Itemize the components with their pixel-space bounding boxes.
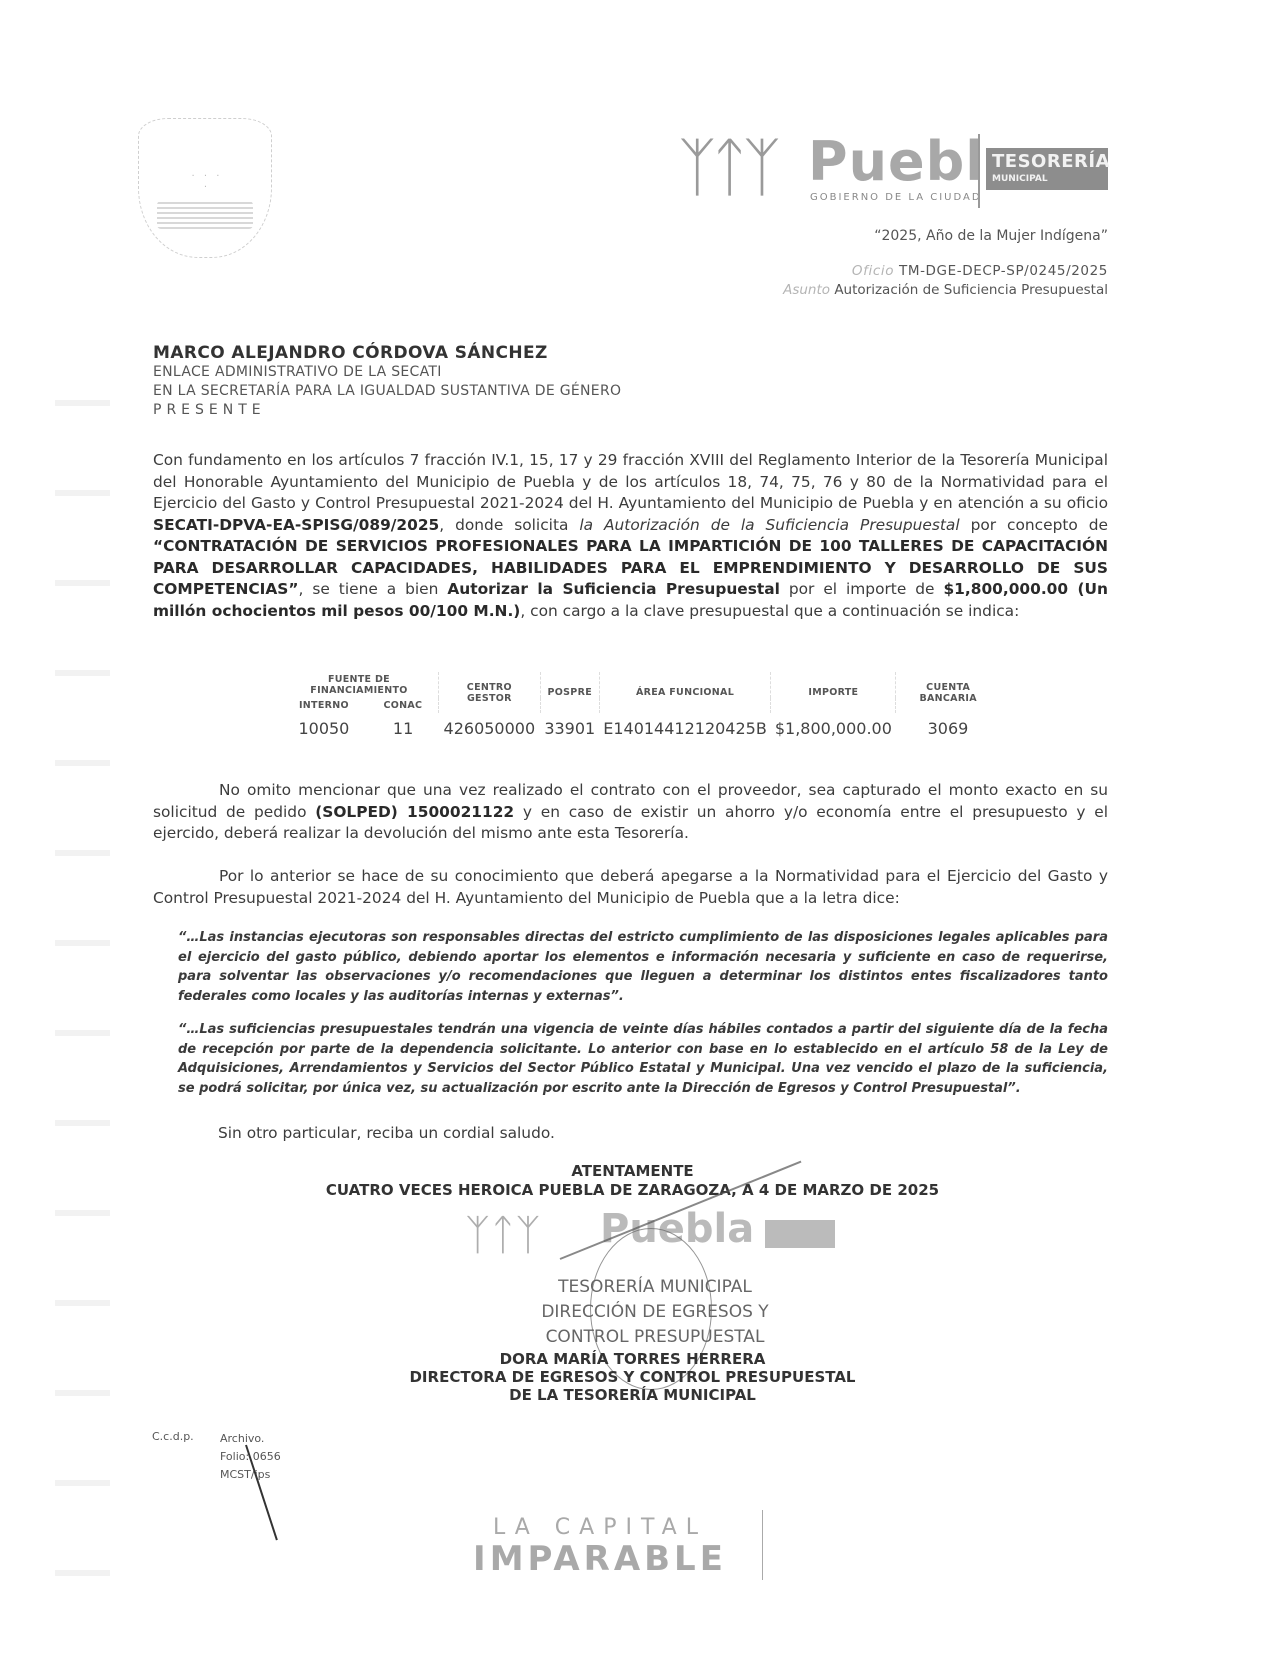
table-row: 10050 11 426050000 33901 E14014412120425… [280, 713, 1000, 744]
footer-line-1: LA CAPITAL [465, 1515, 735, 1540]
asunto-text: Autorización de Suficiencia Presupuestal [834, 282, 1108, 298]
quote-instancias-ejecutoras: “…Las instancias ejecutoras son responsa… [178, 928, 1108, 1006]
footer-slogan-logo: LA CAPITAL IMPARABLE [465, 1515, 735, 1578]
puebla-tesoreria-logo: ᛉᛏᛉ Puebla GOBIERNO DE LA CIUDAD TESORER… [678, 126, 1108, 210]
cell-centro-gestor: 426050000 [438, 713, 540, 744]
p1-text-e: por el importe de [780, 580, 944, 598]
atentamente: ATENTAMENTE [0, 1162, 1265, 1181]
footer-line-2: IMPARABLE [465, 1540, 735, 1578]
cell-interno: 10050 [280, 713, 368, 744]
p1-text-c: por concepto de [960, 516, 1108, 534]
p1-text-f: , con cargo a la clave presupuestal que … [520, 602, 1019, 620]
signer-name: DORA MARÍA TORRES HERRERA [0, 1350, 1265, 1368]
seal-water-icon [157, 201, 253, 229]
signer-block: DORA MARÍA TORRES HERRERA DIRECTORA DE E… [0, 1350, 1265, 1404]
year-motto: “2025, Año de la Mujer Indígena” [874, 228, 1108, 244]
tesoreria-badge-subtitle: MUNICIPAL [992, 174, 1048, 184]
paragraph-solped: No omito mencionar que una vez realizado… [153, 780, 1108, 845]
solped-number: (SOLPED) 1500021122 [315, 803, 514, 821]
place-date: CUATRO VECES HEROICA PUEBLA DE ZARAGOZA,… [0, 1181, 1265, 1200]
p1-text-d: , se tiene a bien [299, 580, 448, 598]
copies-label: C.c.d.p. [152, 1430, 194, 1443]
asunto-line: Asunto Autorización de Suficiencia Presu… [783, 282, 1108, 298]
stamp-line-2: DIRECCIÓN DE EGRESOS Y [520, 1300, 790, 1325]
header-interno: INTERNO [280, 698, 368, 713]
stamp-line-1: TESORERÍA MUNICIPAL [520, 1275, 790, 1300]
signer-title-1: DIRECTORA DE EGRESOS Y CONTROL PRESUPUES… [0, 1368, 1265, 1386]
header-conac: CONAC [368, 698, 439, 713]
cell-importe: $1,800,000.00 [771, 713, 896, 744]
stamp-emblem-icon: ᛉᛏᛉ [465, 1210, 541, 1259]
recipient-position-1: ENLACE ADMINISTRATIVO DE LA SECATI [153, 363, 621, 382]
puebla-emblem-icon: ᛉᛏᛉ [678, 126, 775, 210]
recipient-name: MARCO ALEJANDRO CÓRDOVA SÁNCHEZ [153, 344, 621, 363]
footer-divider [762, 1510, 763, 1580]
logo-divider [978, 134, 980, 208]
stamp-line-3: CONTROL PRESUPUESTAL [520, 1325, 790, 1350]
p1-italic: la Autorización de la Suficiencia Presup… [579, 516, 959, 534]
oficio-number: TM-DGE-DECP-SP/0245/2025 [899, 263, 1108, 279]
p1-text-b: , donde solicita [439, 516, 579, 534]
oficio-label: Oficio [852, 263, 894, 279]
cell-cuenta-bancaria: 3069 [896, 713, 1000, 744]
authorize-phrase: Autorizar la Suficiencia Presupuestal [447, 580, 780, 598]
header-pospre: POSPRE [540, 672, 599, 713]
coat-of-arms-seal: · · · · [138, 118, 272, 258]
header-centro-gestor: CENTRO GESTOR [438, 672, 540, 713]
copy-item: MCST/ips [220, 1466, 281, 1484]
asunto-label: Asunto [783, 282, 830, 298]
p1-text-a: Con fundamento en los artículos 7 fracci… [153, 451, 1108, 512]
header-fuente-financiamiento: FUENTE DE FINANCIAMIENTO [280, 672, 438, 698]
cell-area-funcional: E14014412120425B [599, 713, 771, 744]
cell-conac: 11 [368, 713, 439, 744]
salutation: PRESENTE [153, 401, 621, 420]
seal-dots-icon: · · · · [187, 171, 227, 193]
tesoreria-badge: TESORERÍA MUNICIPAL [986, 148, 1108, 190]
recipient-block: MARCO ALEJANDRO CÓRDOVA SÁNCHEZ ENLACE A… [153, 344, 621, 420]
oficio-reference: Oficio TM-DGE-DECP-SP/0245/2025 [852, 263, 1108, 279]
header-area-funcional: ÁREA FUNCIONAL [599, 672, 771, 713]
tesoreria-badge-title: TESORERÍA [992, 151, 1110, 172]
paragraph-authorization: Con fundamento en los artículos 7 fracci… [153, 450, 1108, 622]
header-importe: IMPORTE [771, 672, 896, 713]
budget-key-table: FUENTE DE FINANCIAMIENTO CENTRO GESTOR P… [280, 672, 1000, 744]
logo-subtitle: GOBIERNO DE LA CIUDAD [810, 192, 982, 203]
recipient-position-2: EN LA SECRETARÍA PARA LA IGUALDAD SUSTAN… [153, 382, 621, 401]
paragraph-normatividad: Por lo anterior se hace de su conocimien… [153, 866, 1108, 909]
closing-greeting: Sin otro particular, reciba un cordial s… [218, 1124, 555, 1142]
quote-suficiencias-vigencia: “…Las suficiencias presupuestales tendrá… [178, 1020, 1108, 1098]
scan-noise-margin [55, 360, 110, 1610]
signer-title-2: DE LA TESORERÍA MUNICIPAL [0, 1386, 1265, 1404]
request-oficio-number: SECATI-DPVA-EA-SPISG/089/2025 [153, 516, 439, 534]
copy-item: Archivo. [220, 1430, 281, 1448]
header-cuenta-bancaria: CUENTA BANCARIA [896, 672, 1000, 713]
signature-heading: ATENTAMENTE CUATRO VECES HEROICA PUEBLA … [0, 1162, 1265, 1200]
official-stamp: TESORERÍA MUNICIPAL DIRECCIÓN DE EGRESOS… [520, 1275, 790, 1350]
cell-pospre: 33901 [540, 713, 599, 744]
stamp-badge [765, 1220, 835, 1248]
